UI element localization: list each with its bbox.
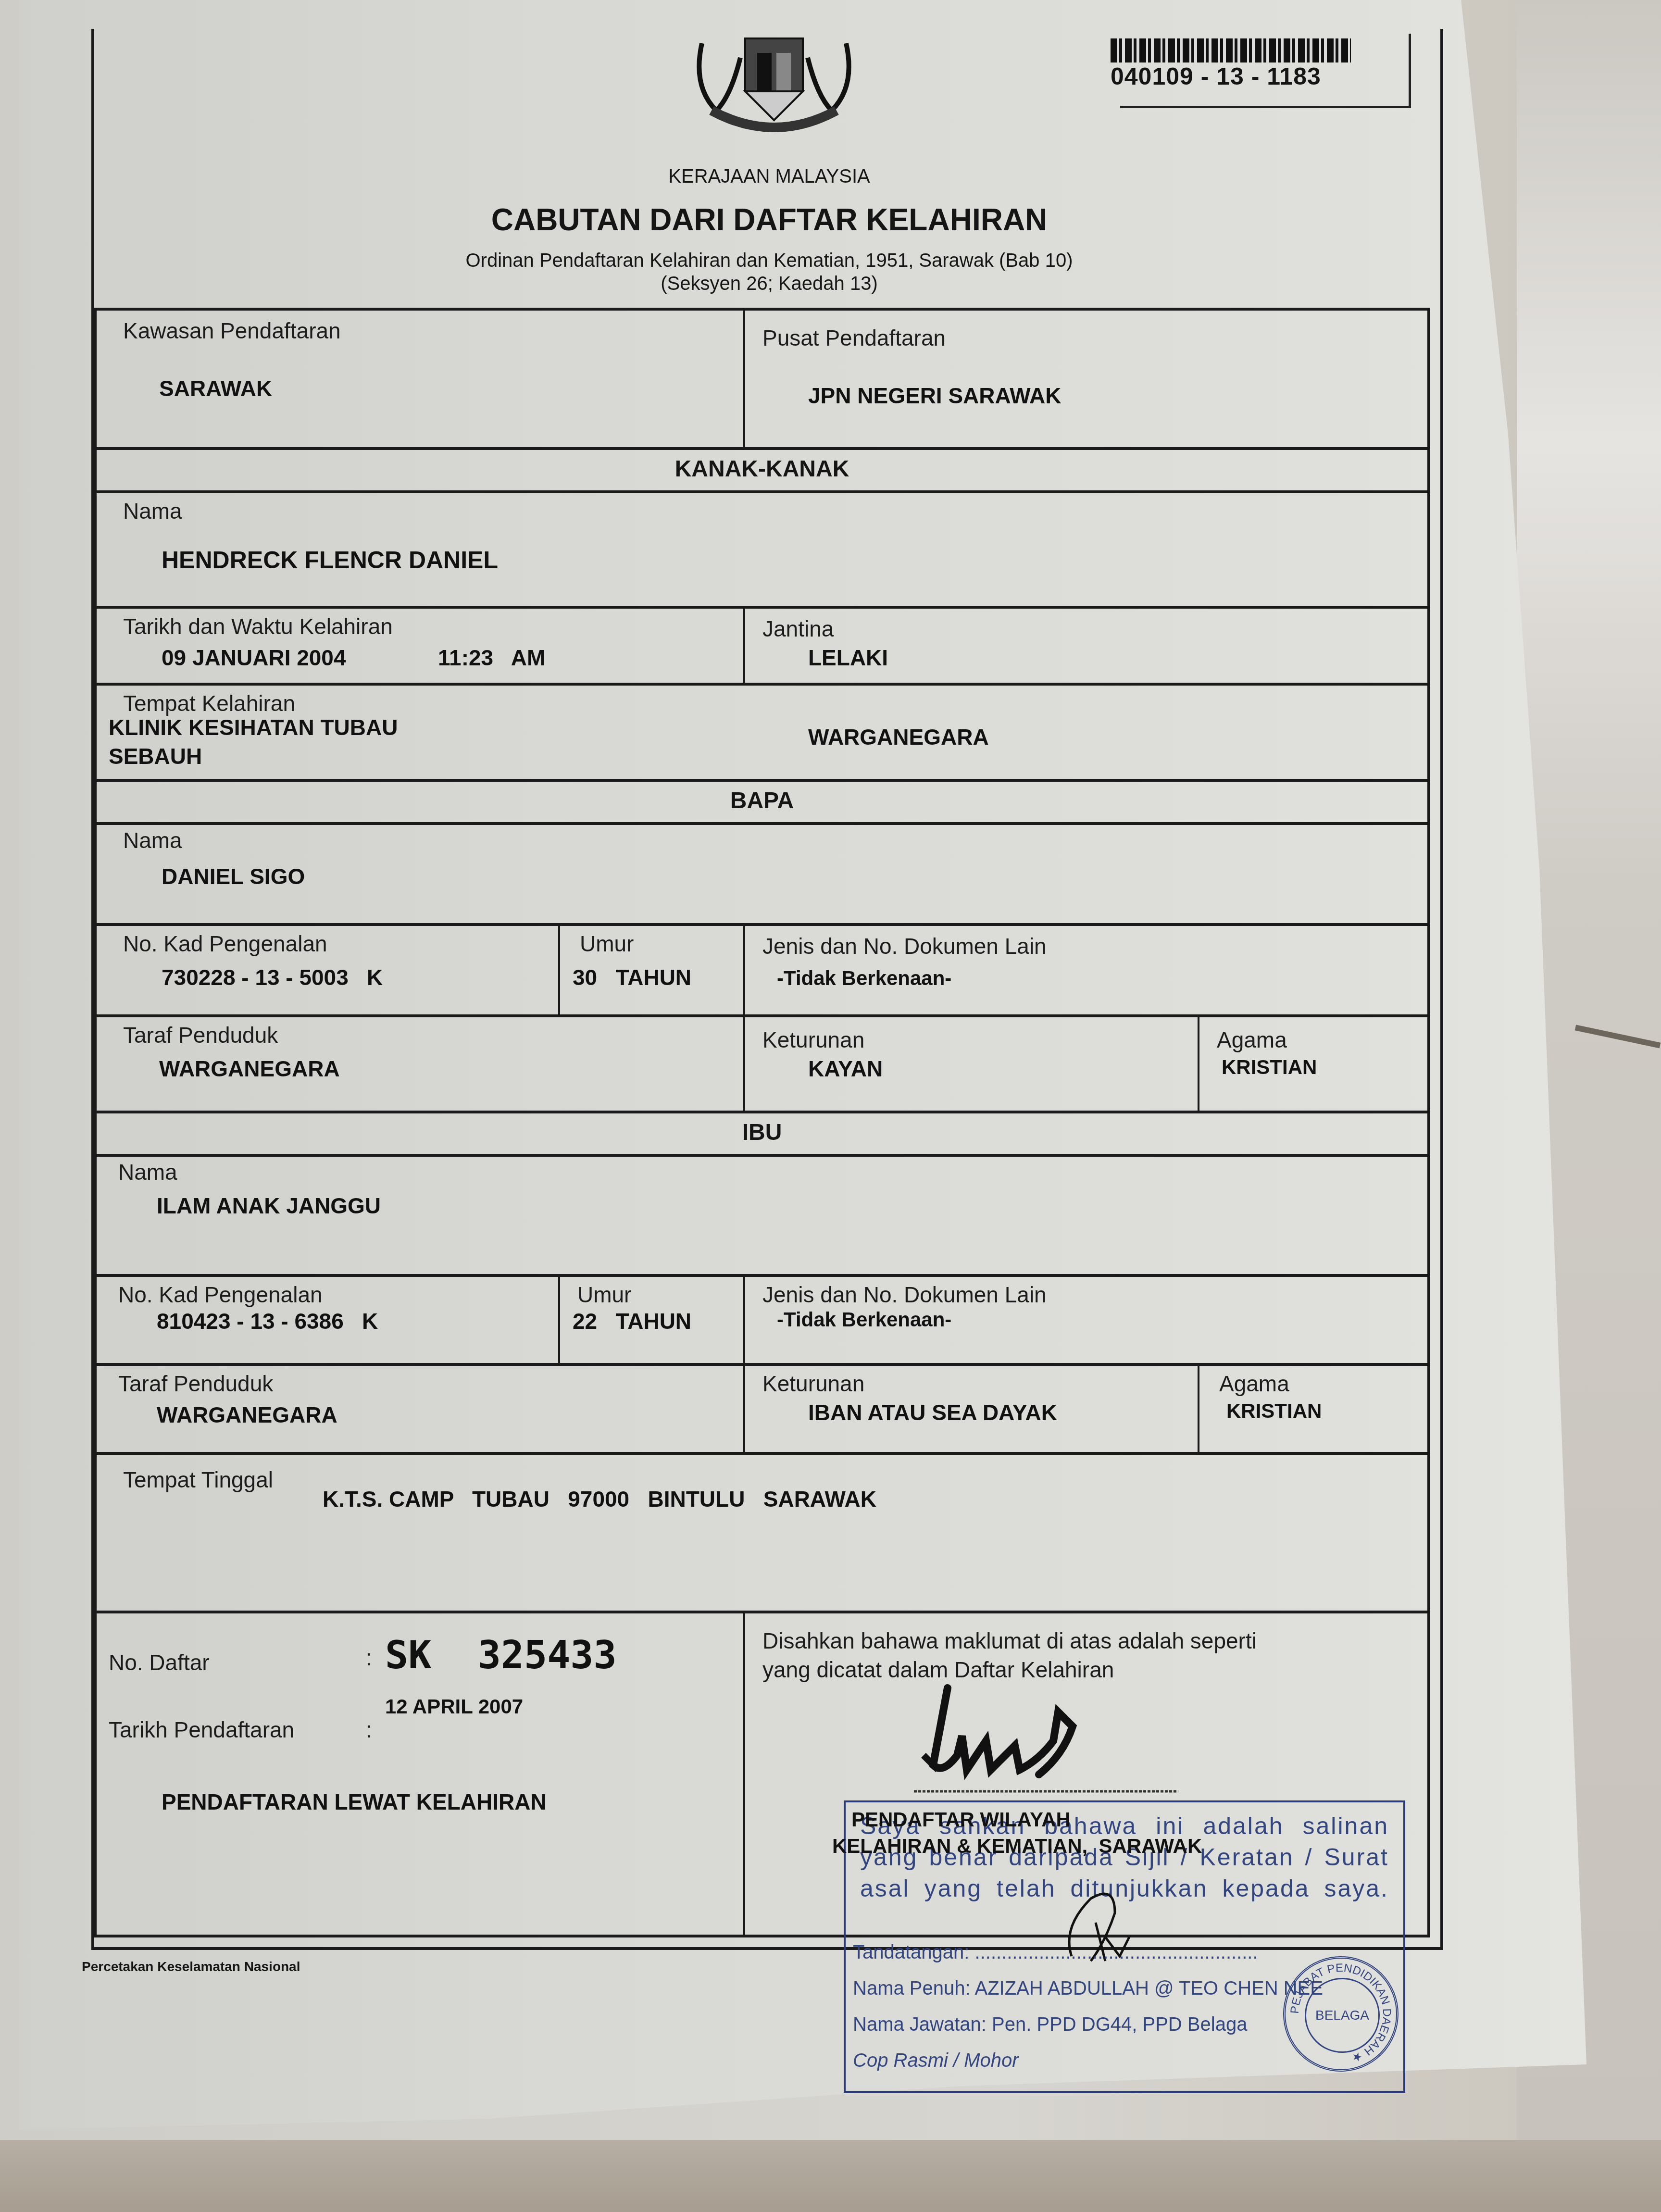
section-reference: (Seksyen 26; Kaedah 13)	[0, 273, 1538, 295]
father-ic-label: No. Kad Pengenalan	[123, 931, 327, 957]
registration-no-label: No. Daftar	[109, 1650, 210, 1675]
certification-text-line1: Disahkan bahawa maklumat di atas adalah …	[762, 1628, 1257, 1654]
father-ethnicity-label: Keturunan	[762, 1027, 864, 1053]
registration-form: Kawasan Pendaftaran SARAWAK Pusat Pendaf…	[94, 308, 1430, 1937]
father-section-title: BAPA	[97, 787, 1427, 814]
mother-ethnicity-label: Keturunan	[762, 1371, 864, 1397]
father-religion-label: Agama	[1217, 1027, 1287, 1053]
certificate-serial-number: 040109 - 13 - 1183	[1111, 62, 1321, 90]
father-age-value: 30 TAHUN	[573, 964, 691, 990]
father-residency-label: Taraf Penduduk	[123, 1022, 278, 1048]
government-label: KERAJAAN MALAYSIA	[0, 166, 1538, 187]
mother-ethnicity-value: IBAN ATAU SEA DAYAK	[808, 1400, 1057, 1425]
father-ethnicity-value: KAYAN	[808, 1056, 883, 1082]
father-doc-value: -Tidak Berkenaan-	[777, 967, 951, 990]
child-name-label: Nama	[123, 498, 182, 524]
mother-age-label: Umur	[577, 1282, 631, 1308]
father-section-header: BAPA	[97, 782, 1427, 825]
seal-center-text: BELAGA	[1305, 1978, 1380, 2053]
registration-area-row: Kawasan Pendaftaran SARAWAK Pusat Pendaf…	[97, 311, 1427, 450]
birthplace-line1: KLINIK KESIHATAN TUBAU	[109, 714, 398, 740]
mother-ic-label: No. Kad Pengenalan	[118, 1282, 323, 1308]
registrar-title-line1: PENDAFTAR WILAYAH	[851, 1808, 1071, 1831]
child-birthplace-row: Tempat Kelahiran KLINIK KESIHATAN TUBAU …	[97, 686, 1427, 782]
certification-text-line2: yang dicatat dalam Daftar Kelahiran	[762, 1657, 1114, 1683]
mother-age-value: 22 TAHUN	[573, 1308, 691, 1334]
child-birth-row: Tarikh dan Waktu Kelahiran 09 JANUARI 20…	[97, 609, 1427, 686]
registration-number: SK 325433	[385, 1633, 617, 1677]
registration-date-label: Tarikh Pendaftaran	[109, 1717, 294, 1743]
registrar-signature-icon	[914, 1683, 1178, 1794]
certifier-full-name: Nama Penuh: AZIZAH ABDULLAH @ TEO CHEN N…	[853, 1978, 1323, 2000]
mother-section-header: IBU	[97, 1113, 1427, 1157]
coat-of-arms-icon	[673, 29, 875, 139]
mother-religion-value: KRISTIAN	[1226, 1400, 1322, 1423]
residence-label: Tempat Tinggal	[123, 1467, 273, 1493]
document-title: CABUTAN DARI DAFTAR KELAHIRAN	[0, 202, 1538, 237]
mother-religion-label: Agama	[1219, 1371, 1289, 1397]
gender-value: LELAKI	[808, 645, 888, 671]
mother-name-row: Nama ILAM ANAK JANGGU	[97, 1157, 1427, 1277]
child-section-header: KANAK-KANAK	[97, 450, 1427, 493]
father-status-row: Taraf Penduduk WARGANEGARA Keturunan KAY…	[97, 1017, 1427, 1113]
father-id-row: No. Kad Pengenalan 730228 - 13 - 5003 K …	[97, 926, 1427, 1017]
father-doc-label: Jenis dan No. Dokumen Lain	[762, 933, 1047, 959]
gender-label: Jantina	[762, 616, 834, 642]
child-name-value: HENDRECK FLENCR DANIEL	[162, 546, 498, 574]
floor-background-bottom	[0, 2140, 1661, 2212]
official-seal-label: Cop Rasmi / Mohor	[853, 2050, 1019, 2072]
mother-residency-value: WARGANEGARA	[157, 1402, 337, 1428]
registration-area-value: SARAWAK	[159, 375, 272, 401]
registration-centre-label: Pusat Pendaftaran	[762, 325, 946, 351]
signature-line-label: Tandatangan: ...........................…	[853, 1942, 1258, 1963]
mother-section-title: IBU	[97, 1119, 1427, 1146]
mother-doc-label: Jenis dan No. Dokumen Lain	[762, 1282, 1047, 1308]
mother-doc-value: -Tidak Berkenaan-	[777, 1308, 951, 1331]
mother-name-value: ILAM ANAK JANGGU	[157, 1193, 381, 1219]
mother-name-label: Nama	[118, 1159, 177, 1185]
father-name-value: DANIEL SIGO	[162, 863, 305, 889]
mother-ic-value: 810423 - 13 - 6386 K	[157, 1308, 378, 1334]
registration-no-colon: :	[366, 1645, 372, 1671]
registration-centre-value: JPN NEGERI SARAWAK	[808, 383, 1062, 409]
child-section-title: KANAK-KANAK	[97, 456, 1427, 482]
printer-credit: Percetakan Keselamatan Nasional	[82, 1959, 300, 1975]
late-registration-note: PENDAFTARAN LEWAT KELAHIRAN	[162, 1789, 547, 1815]
father-name-label: Nama	[123, 827, 182, 853]
birth-date-value: 09 JANUARI 2004	[162, 645, 346, 671]
registration-area-label: Kawasan Pendaftaran	[123, 318, 341, 344]
father-ic-value: 730228 - 13 - 5003 K	[162, 964, 383, 990]
residence-row: Tempat Tinggal K.T.S. CAMP TUBAU 97000 B…	[97, 1455, 1427, 1613]
birth-date-label: Tarikh dan Waktu Kelahiran	[123, 613, 393, 639]
district-office-seal: PEJABAT PENDIDIKAN DAERAH ★ BELAGA	[1283, 1956, 1399, 2072]
father-religion-value: KRISTIAN	[1222, 1056, 1317, 1079]
birthplace-line2: SEBAUH	[109, 743, 202, 769]
registrar-title-line2: KELAHIRAN & KEMATIAN, SARAWAK	[832, 1835, 1202, 1858]
child-citizenship-value: WARGANEGARA	[808, 724, 989, 750]
mother-id-row: No. Kad Pengenalan 810423 - 13 - 6386 K …	[97, 1277, 1427, 1366]
father-residency-value: WARGANEGARA	[159, 1056, 340, 1082]
birth-time-value: 11:23 AM	[438, 645, 545, 671]
certifier-position: Nama Jawatan: Pen. PPD DG44, PPD Belaga	[853, 2014, 1247, 2036]
mother-status-row: Taraf Penduduk WARGANEGARA Keturunan IBA…	[97, 1366, 1427, 1455]
ordinance-reference: Ordinan Pendaftaran Kelahiran dan Kemati…	[0, 250, 1538, 272]
father-age-label: Umur	[580, 931, 634, 957]
registration-date-value: 12 APRIL 2007	[385, 1695, 523, 1718]
child-name-row: Nama HENDRECK FLENCR DANIEL	[97, 493, 1427, 609]
residence-value: K.T.S. CAMP TUBAU 97000 BINTULU SARAWAK	[323, 1486, 876, 1512]
father-name-row: Nama DANIEL SIGO	[97, 825, 1427, 926]
mother-residency-label: Taraf Penduduk	[118, 1371, 273, 1397]
birthplace-label: Tempat Kelahiran	[123, 690, 295, 716]
registration-date-colon: :	[366, 1717, 372, 1743]
barcode-icon	[1111, 38, 1351, 62]
